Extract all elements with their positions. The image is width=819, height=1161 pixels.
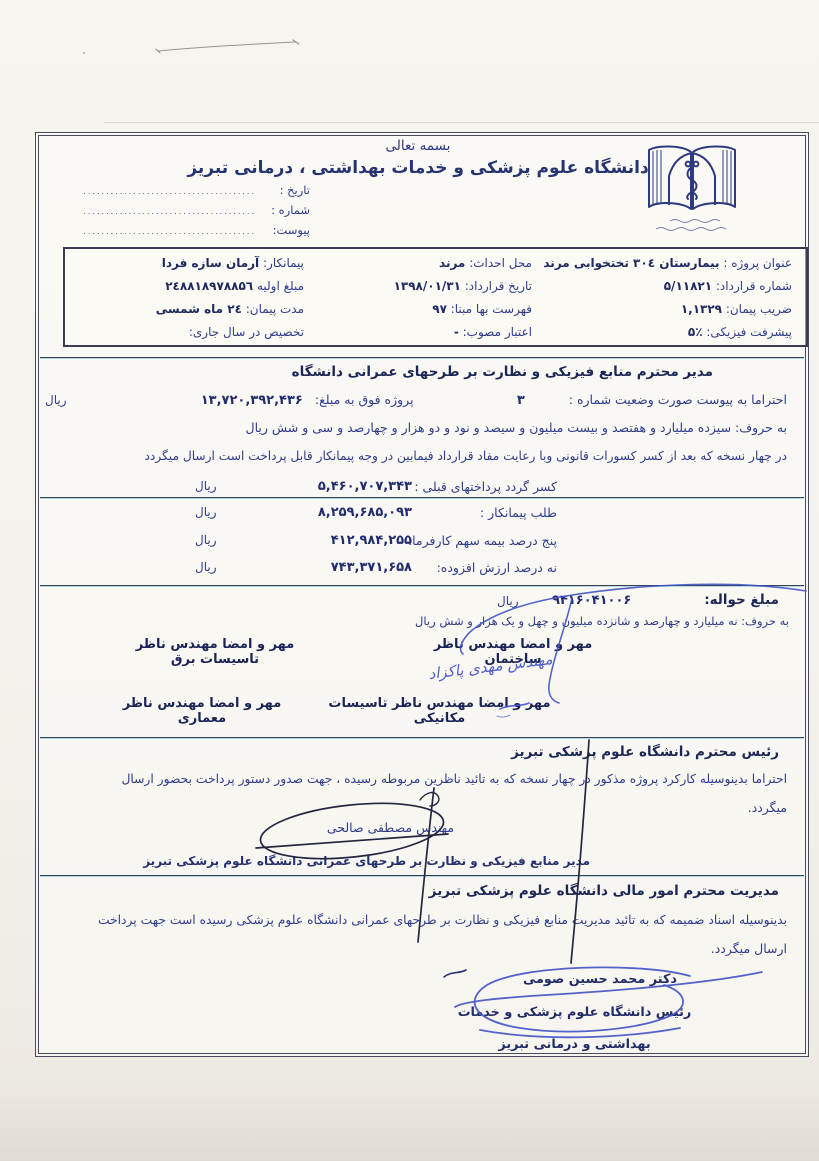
deduction-currency: ریال bbox=[195, 479, 217, 493]
number-label: شماره : bbox=[256, 203, 310, 217]
salehi-signer-name: مهندس مصطفی صالحی bbox=[318, 820, 463, 835]
pencil-mark bbox=[83, 40, 299, 54]
contract-duration-cell: مدت پیمان: ۲٤ ماه شمسی bbox=[65, 302, 318, 316]
scan-shadow bbox=[0, 1090, 819, 1161]
contractor-claim-amount: ۸,۲۵۹,۶۸۵,۰۹۳ bbox=[240, 505, 412, 520]
project-info-table: عنوان پروژه : بیمارستان ۳۰٤ تختخوابی مرن… bbox=[63, 247, 808, 347]
section1-heading: مدیر محترم منابع فیزیکی و نظارت بر طرحها… bbox=[292, 364, 713, 380]
initial-amount-cell: مبلغ اولیه ۲٤۸۸۱۸۹۷۸۸۵٦ bbox=[65, 279, 318, 293]
project-amount-label: پروژه فوق به مبلغ: bbox=[315, 392, 414, 407]
remittance-in-words: به حروف: نه میلیارد و چهارصد و شانزده می… bbox=[415, 614, 789, 628]
vat-currency: ریال bbox=[195, 560, 217, 574]
number-field: شماره : ................................… bbox=[62, 202, 310, 222]
section5-heading: مدیریت محترم امور مالی دانشگاه علوم پزشک… bbox=[429, 883, 779, 899]
stamp-mechanical-supervisor: مهر و امضا مهندس ناظر تاسیسات مکانیکی bbox=[322, 696, 557, 726]
section-divider bbox=[40, 357, 804, 358]
vat-label: نه درصد ارزش افزوده: bbox=[437, 560, 557, 575]
current-year-allocation-cell: تخصیص در سال جاری: bbox=[65, 325, 318, 339]
soomi-title-line2: بهداشتی و درمانی تبریز bbox=[452, 1037, 697, 1052]
remittance-amount: ۹۴۱۶۰۴۱۰۰۶ bbox=[552, 593, 631, 608]
vat-amount: ۷۴۳,۳۷۱,۶۵۸ bbox=[240, 560, 412, 575]
date-field: تاریخ : ................................… bbox=[62, 182, 310, 202]
attachment-field: پیوست: .................................… bbox=[62, 222, 310, 242]
date-dotted-line: ...................................... bbox=[62, 182, 256, 196]
section4-body-line2: میگردد. bbox=[748, 800, 787, 815]
insurance-share-row: پنج درصد بیمه سهم کارفرما: ۴۱۲,۹۸۴,۲۵۵ ر… bbox=[0, 533, 819, 551]
payment-note: در چهار نسخه که بعد از کسر کسورات قانونی… bbox=[144, 449, 787, 463]
insurance-share-currency: ریال bbox=[195, 533, 217, 547]
project-title-cell: عنوان پروژه : بیمارستان ۳۰٤ تختخوابی مرن… bbox=[546, 256, 806, 270]
section-divider bbox=[40, 497, 804, 498]
amount-in-words: به حروف: سیزده میلیارد و هفتصد و بیست می… bbox=[245, 420, 787, 435]
statement-intro-label: احتراما به پیوست صورت وضعیت شماره : bbox=[569, 392, 787, 407]
university-logo bbox=[636, 141, 748, 245]
section4-heading: رئیس محترم دانشگاه علوم پزشکی تبریز bbox=[511, 744, 779, 760]
statement-amount-value: ۱۳,۷۲۰,۳۹۲,۴۳۶ bbox=[201, 393, 303, 408]
scanned-document: بسمه تعالی دانشگاه علوم پزشکی و خدمات به… bbox=[0, 0, 819, 1161]
letterhead-fields: تاریخ : ................................… bbox=[62, 182, 310, 242]
contractor-claim-row: طلب پیمانکار : ۸,۲۵۹,۶۸۵,۰۹۳ ریال bbox=[0, 505, 819, 523]
contract-number-cell: شماره قرارداد: ۵/۱۱۸۲۱ bbox=[546, 279, 806, 293]
section5-body-line1: بدینوسیله اسناد ضمیمه که به تائید مدیریت… bbox=[98, 913, 787, 927]
approved-credit-cell: اعتبار مصوب: - bbox=[318, 325, 546, 339]
section-divider bbox=[40, 737, 804, 738]
contract-coefficient-cell: ضریب پیمان: ۱,۱۳۲۹ bbox=[546, 302, 806, 316]
stamp-architectural-supervisor: مهر و امضا مهندس ناظر معماری bbox=[112, 696, 292, 726]
salehi-signer-title: مدیر منابع فیزیکی و نظارت بر طرحهای عمرا… bbox=[210, 854, 590, 868]
remittance-label: مبلغ حواله: bbox=[704, 592, 779, 608]
deduction-amount: ۵,۴۶۰,۷۰۷,۳۴۳ bbox=[240, 479, 412, 494]
insurance-share-label: پنج درصد بیمه سهم کارفرما: bbox=[408, 533, 557, 548]
section-divider bbox=[40, 585, 804, 586]
insurance-share-amount: ۴۱۲,۹۸۴,۲۵۵ bbox=[240, 533, 412, 548]
physical-progress-cell: پیشرفت فیزیکی: ٪۵ bbox=[546, 325, 806, 339]
stamp-electrical-supervisor: مهر و امضا مهندس ناظر تاسیسات برق bbox=[105, 637, 325, 667]
statement-amount-line: احتراما به پیوست صورت وضعیت شماره : ۳ پر… bbox=[45, 392, 787, 408]
contractor-cell: پیمانکار: آرمان سازه فردا bbox=[65, 256, 318, 270]
location-cell: محل احداث: مرند bbox=[318, 256, 546, 270]
section5-body-line2: ارسال میگردد. bbox=[711, 941, 787, 956]
number-dotted-line: ...................................... bbox=[62, 202, 256, 216]
section4-body-line1: احتراما بدینوسیله کارکرد پروژه مذکور در … bbox=[121, 772, 787, 786]
statement-number: ۳ bbox=[517, 393, 525, 408]
attachment-label: پیوست: bbox=[256, 223, 310, 237]
vat-row: نه درصد ارزش افزوده: ۷۴۳,۳۷۱,۶۵۸ ریال bbox=[0, 560, 819, 578]
contractor-claim-label: طلب پیمانکار : bbox=[480, 505, 557, 520]
contractor-claim-currency: ریال bbox=[195, 505, 217, 519]
deduction-row: کسر گردد پرداختهای قبلی : ۵,۴۶۰,۷۰۷,۳۴۳ … bbox=[0, 479, 819, 497]
attachment-dotted-line: ...................................... bbox=[62, 222, 256, 236]
price-list-cell: فهرست بها مبنا: ۹۷ bbox=[318, 302, 546, 316]
date-label: تاریخ : bbox=[256, 183, 310, 197]
soomi-title-line1: رئیس دانشگاه علوم پزشکی و خدمات bbox=[452, 1005, 697, 1020]
paper-fold-line bbox=[104, 122, 819, 123]
statement-currency: ریال bbox=[45, 393, 67, 407]
open-book-serpent-icon bbox=[636, 141, 748, 245]
soomi-signer-name: دکتر محمد حسین صومی bbox=[495, 972, 705, 987]
remittance-currency: ریال bbox=[497, 594, 519, 608]
contract-date-cell: تاریخ قرارداد: ۱۳۹۸/۰۱/۳۱ bbox=[318, 279, 546, 293]
section-divider bbox=[40, 875, 804, 876]
deduction-label: کسر گردد پرداختهای قبلی : bbox=[414, 479, 557, 494]
